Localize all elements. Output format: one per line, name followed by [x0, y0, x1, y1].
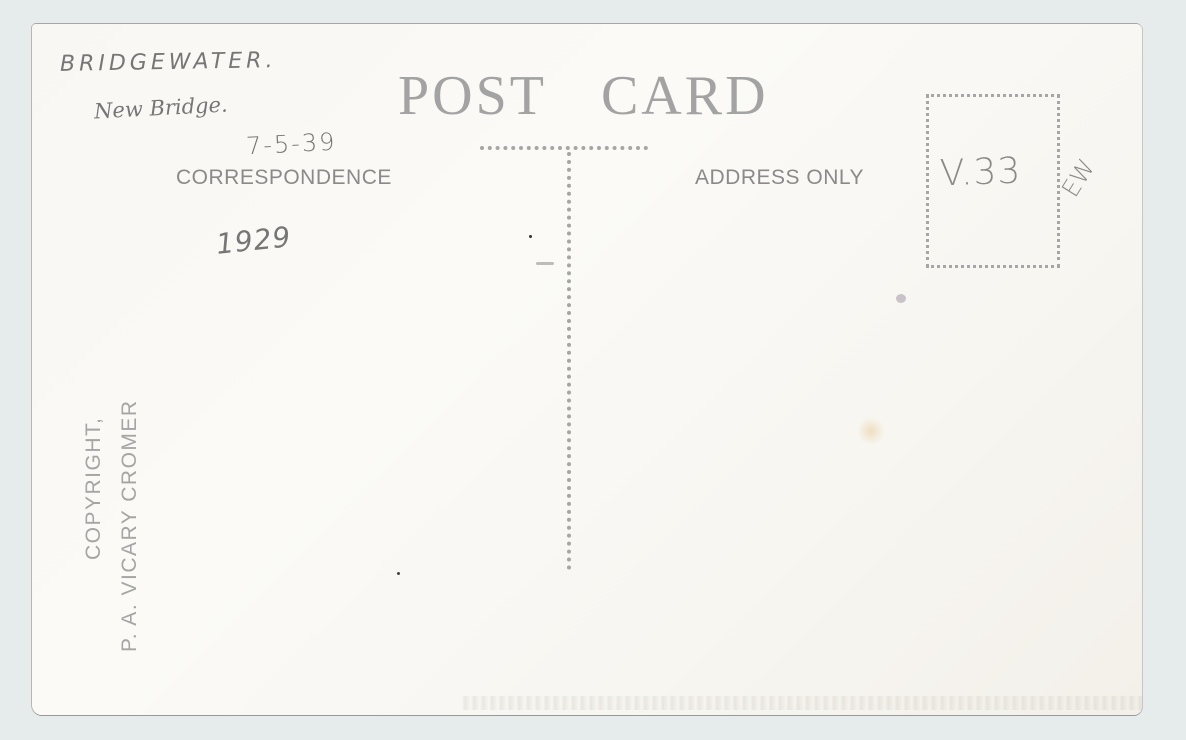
handwritten-date: 7-5-39 — [245, 128, 337, 161]
foxing-stain — [858, 416, 884, 446]
dot-mark — [529, 235, 532, 238]
title-card: CARD — [601, 65, 769, 127]
handwritten-initials: EW — [1056, 154, 1100, 202]
copyright-text: COPYRIGHT, — [82, 417, 106, 560]
correspondence-label: CORRESPONDENCE — [176, 166, 392, 190]
handwritten-reference: V.33 — [939, 151, 1022, 195]
edge-wear — [462, 696, 1142, 710]
handwritten-year: 1929 — [214, 220, 292, 261]
pencil-mark — [536, 262, 554, 265]
divider-vertical-dotted-line — [567, 152, 571, 570]
stain-mark — [896, 294, 906, 303]
handwritten-subject: New Bridge. — [93, 93, 228, 124]
handwritten-place: BRIDGEWATER. — [60, 48, 277, 77]
dot-mark — [397, 572, 400, 575]
publisher-text: P. A. VICARY CROMER — [118, 399, 142, 652]
title-post: POST — [398, 65, 547, 127]
address-only-label: ADDRESS ONLY — [695, 166, 864, 190]
postcard-back: POSTCARD CORRESPONDENCE ADDRESS ONLY BRI… — [32, 24, 1142, 715]
divider-top-dotted-line — [480, 146, 648, 150]
postcard-title: POSTCARD — [398, 64, 769, 128]
